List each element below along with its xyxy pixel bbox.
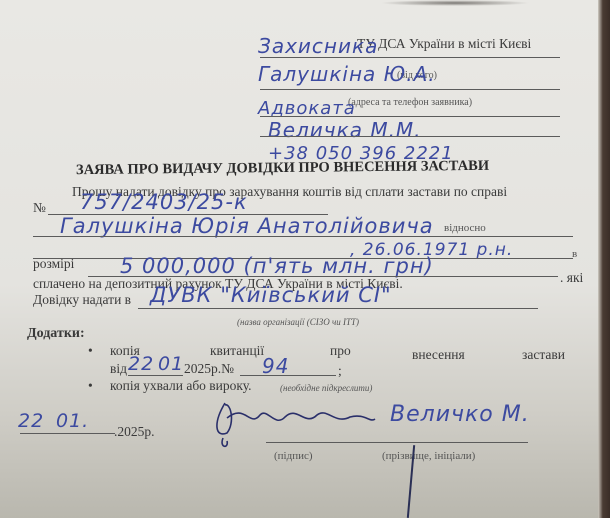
signature-caption: (підпис)	[274, 450, 313, 462]
table-edge	[598, 0, 610, 518]
attachment-end: ;	[338, 363, 342, 379]
document-title: ЗАЯВА ПРО ВИДАЧУ ДОВІДКИ ПРО ВНЕСЕННЯ ЗА…	[76, 158, 489, 179]
attachment-year: 2025р.№	[184, 361, 234, 377]
paper-shadow	[380, 0, 530, 6]
handwritten-from-line1: Захисника	[258, 34, 378, 58]
issue-to-caption: (назва організації (СІЗО чи ІТТ)	[237, 317, 359, 327]
attachment-item-1-word-5: застави	[522, 347, 565, 363]
attachment-from-label: від	[110, 361, 127, 377]
attachment-item-2: копія ухвали або вироку.	[110, 378, 252, 394]
name-caption: (прізвище, ініціали)	[382, 450, 475, 462]
handwritten-from-line2: Галушкіна Ю.А.	[258, 62, 436, 86]
issue-to-value: ДУВК "Київський СІ"	[150, 283, 392, 307]
signature-icon	[205, 393, 385, 453]
issue-to-label: Довідку надати в	[33, 292, 131, 308]
attachments-heading: Додатки:	[27, 326, 85, 342]
signature-line	[266, 442, 396, 443]
address-line-2	[260, 136, 560, 137]
regarding-label: відносно	[444, 222, 486, 234]
attachment-item-1-word-4: внесення	[412, 347, 465, 363]
amount-label: розмірі	[33, 256, 74, 272]
attachment-date-month: 01	[158, 353, 184, 375]
address-line-1	[260, 116, 560, 117]
name-line	[388, 442, 528, 443]
footer-date-day: 22	[18, 410, 44, 432]
attachment-date-day: 22	[128, 353, 154, 375]
which-label: . які	[560, 270, 583, 286]
signature-name: Величко М.	[390, 402, 530, 427]
address-caption: (адреса та телефон заявника)	[348, 97, 472, 108]
person-name: Галушкіна Юрія Анатолійовича	[60, 214, 434, 238]
number-label: №	[33, 200, 46, 216]
attachment-item-1-word-3: про	[330, 343, 351, 359]
footer-year: .2025р.	[114, 424, 155, 440]
handwritten-address-line2: Величка М.М.	[268, 118, 422, 142]
from-line-2	[260, 89, 560, 90]
person-line	[33, 236, 573, 237]
amount-value: 5 000,000 (п'ять млн. грн)	[120, 254, 434, 278]
attachment-number-line	[240, 375, 336, 376]
case-number: 757/2403/25-к	[80, 190, 248, 214]
attachment-date-line	[128, 375, 183, 376]
footer-date-line	[20, 433, 115, 434]
issue-to-line	[138, 308, 538, 309]
recipient-label: ТУ ДСА України в місті Києві	[357, 36, 531, 52]
attachment-item-1-word-2: квитанції	[210, 343, 264, 359]
from-line-1	[260, 57, 560, 58]
footer-date-month: 01.	[56, 410, 89, 432]
attachment-item-2-note: (необхідне підкреслити)	[280, 383, 372, 393]
